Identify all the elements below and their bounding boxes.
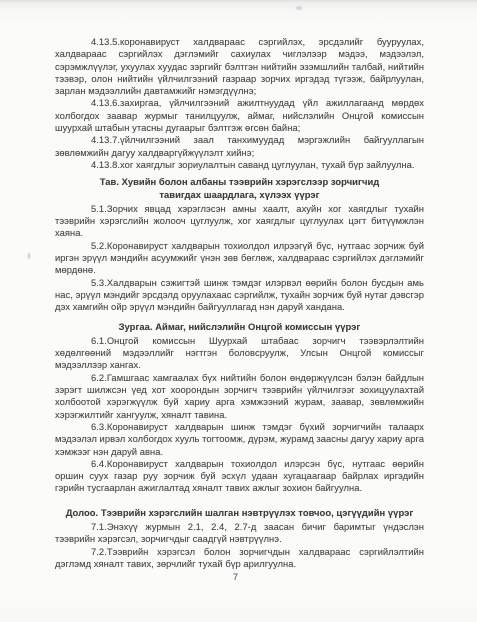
paragraph-5-1: 5.1.Зорчих явцад хэрэглэсэн амны хаалт, … — [55, 203, 424, 240]
scan-smudge-left-margin — [28, 253, 30, 259]
paragraph-5-2: 5.2.Коронавируст халдварын тохиолдол илр… — [55, 240, 424, 277]
section-heading-seven: Долоо. Тээврийн хэрэгслийн шалган нэвтрү… — [55, 507, 424, 519]
paragraph-6-1: 6.1.Онцгой комиссын Шуурхай штабаас зорч… — [55, 335, 424, 372]
paragraph-7-2: 7.2.Тээврийн хэрэгсэл болон зорчигчдын х… — [55, 546, 424, 571]
paragraph-6-3: 6.3.Коронавируст халдварын шинж тэмдэг б… — [55, 421, 424, 458]
paragraph-6-2: 6.2.Гамшгаас хамгаалах бүх нийтийн болон… — [55, 372, 424, 421]
section-heading-five: Тав. Хувийн болон албаны тээврийн хэрэгс… — [55, 176, 424, 201]
page-body: 4.13.5.коронавируст халдвараас сэргийлэх… — [55, 36, 424, 570]
paragraph-4-13-7: 4.13.7.үйлчилгээний заал танхимуудад мэр… — [55, 134, 424, 159]
paragraph-7-1: 7.1.Энэхүү журмын 2.1, 2.4, 2.7-д заасан… — [55, 521, 424, 546]
paragraph-6-4: 6.4.Коронавируст халдварын тохиолдол илэ… — [55, 458, 424, 495]
paragraph-4-13-8: 4.13.8.хог хаягдлыг зориулалтын саванд ц… — [55, 159, 424, 171]
paragraph-5-3: 5.3.Халдварын сэжигтэй шинж тэмдэг илэрв… — [55, 277, 424, 314]
section-heading-six: Зургаа. Аймаг, нийслэлийн Онцгой комиссы… — [55, 321, 424, 333]
paragraph-4-13-6: 4.13.6.захиргаа, үйлчилгээний ажилтнууда… — [55, 97, 424, 134]
document-page: 4.13.5.коронавируст халдвараас сэргийлэх… — [0, 0, 477, 622]
scan-smudge-top — [296, 6, 302, 10]
page-number: 7 — [0, 572, 471, 583]
paragraph-4-13-5: 4.13.5.коронавируст халдвараас сэргийлэх… — [55, 36, 424, 97]
